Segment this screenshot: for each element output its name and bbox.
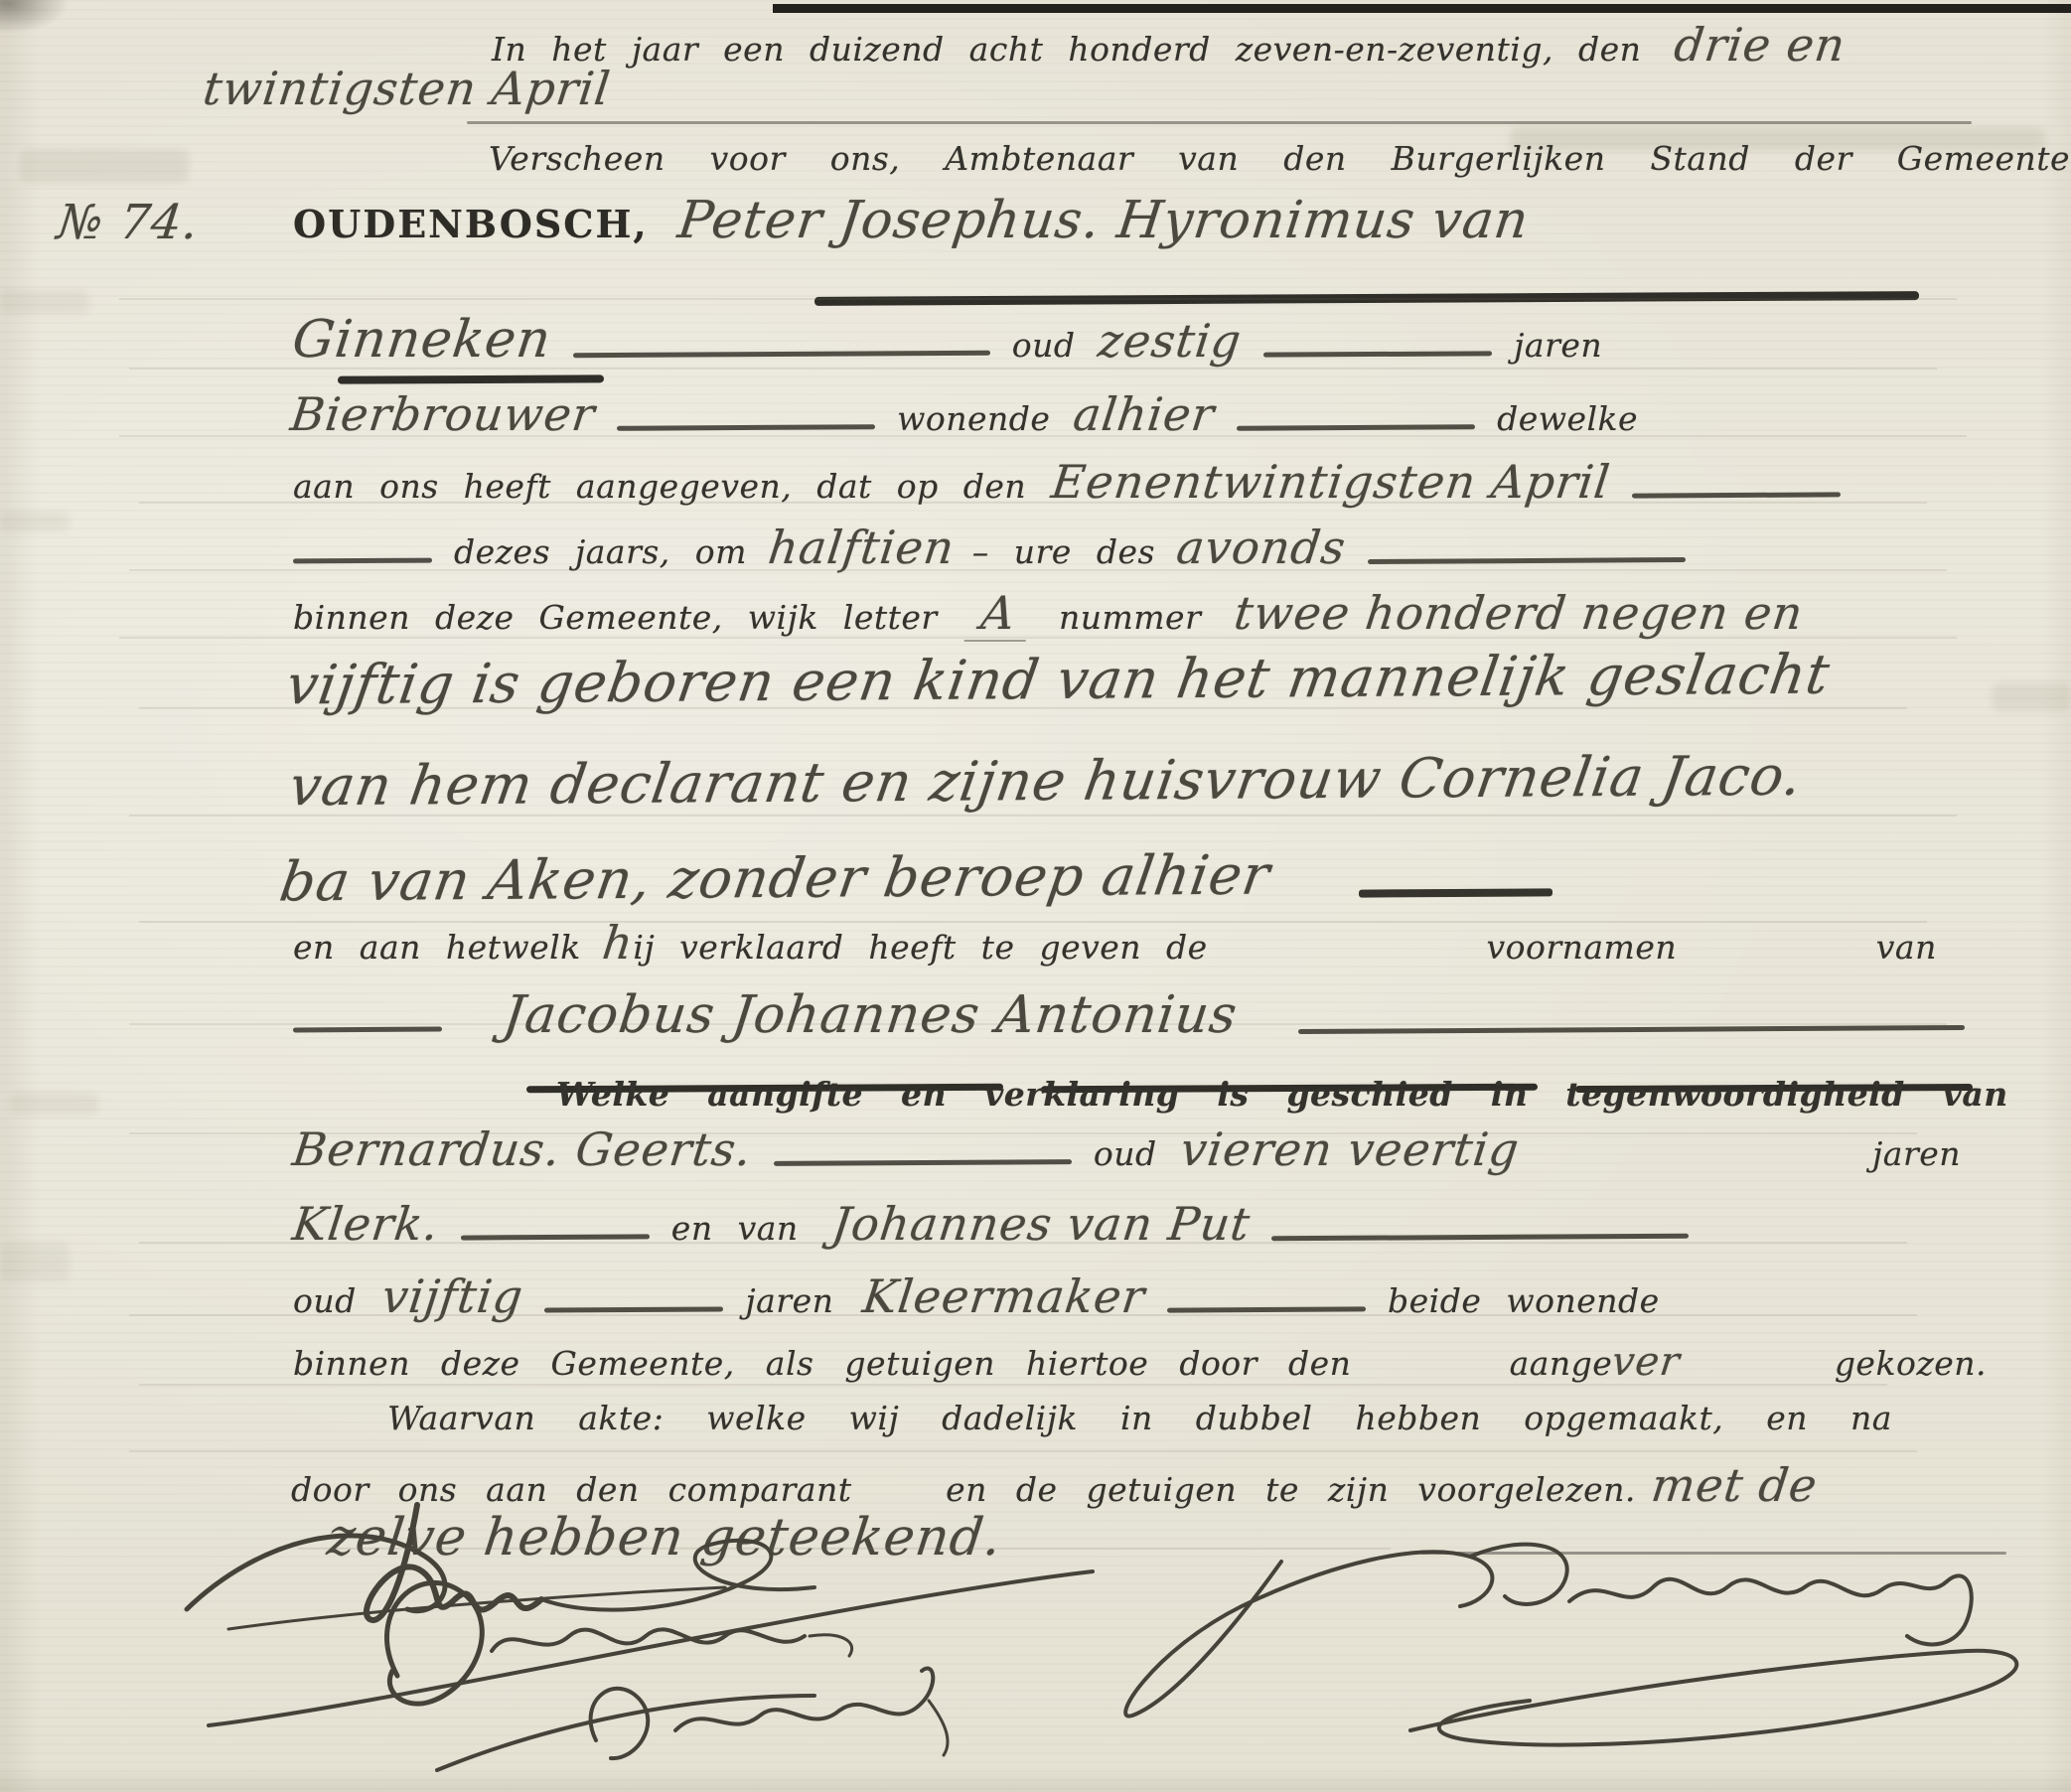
line-witness1: Bernardus. Geerts. oud vieren veertig ja… <box>293 1122 1987 1176</box>
spacer <box>1681 1374 1835 1375</box>
ink-filler-line <box>1368 557 1686 564</box>
corner-smudge <box>0 0 70 34</box>
ruled-guide-line <box>139 1384 1887 1386</box>
line-address: binnen deze Gemeente, wijk letter A numm… <box>293 586 1987 642</box>
witness1-age: vieren veertig <box>1177 1122 1522 1176</box>
printed-van: van <box>1876 928 1937 967</box>
handwritten-day-part2: twintigsten April <box>201 62 614 115</box>
ruled-guide-line <box>119 637 1957 639</box>
line-names-intro: en aan hetwelk h ij verklaard heeft te g… <box>293 916 1987 970</box>
handwritten-h: h <box>599 916 636 970</box>
line-declarant-occupation: Bierbrouwer wonende alhier dewelke <box>291 387 1990 441</box>
line-waarvan-akte: Waarvan akte: welke wij dadelijk in dubb… <box>387 1399 1992 1437</box>
district-letter: A <box>963 586 1032 642</box>
printed-wijk-letter: binnen deze Gemeente, wijk letter <box>293 598 938 637</box>
birth-time-period: avonds <box>1174 521 1349 574</box>
ink-filler-line <box>1632 492 1841 498</box>
spacer <box>1519 1164 1872 1165</box>
printed-hetwelk: en aan hetwelk <box>293 928 581 967</box>
ink-filler-line <box>774 1159 1072 1166</box>
ink-filler-line <box>573 351 990 359</box>
municipality-name: OUDENBOSCH, <box>293 202 649 246</box>
printed-gekozen: gekozen. <box>1835 1344 1987 1383</box>
printed-jaren-w1: jaren <box>1872 1134 1961 1173</box>
printed-welke-aangifte: Welke aangifte en verklaring is geschied… <box>556 1075 2008 1114</box>
declarant-age: zestig <box>1096 314 1245 368</box>
printed-dewelke: dewelke <box>1497 399 1638 438</box>
printed-waarvan-akte: Waarvan akte: welke wij dadelijk in dubb… <box>387 1399 1892 1437</box>
mother-name-part2: ba van Aken, zonder beroep alhier <box>276 843 1275 914</box>
printed-voornamen: voornamen <box>1486 928 1677 967</box>
ruled-guide-line <box>129 569 1947 571</box>
declarant-occupation: Bierbrouwer <box>288 387 599 441</box>
line-birth-statement: vijftig is geboren een kind van het mann… <box>288 648 1992 711</box>
ink-filler-line <box>293 1027 442 1033</box>
child-given-names: Jacobus Johannes Antonius <box>500 985 1241 1045</box>
line-date: twintigsten April <box>204 62 1977 115</box>
printed-aange: aange <box>1510 1344 1613 1383</box>
printed-appeared-text: Verscheen voor ons, Ambtenaar van den Bu… <box>489 139 2070 178</box>
ink-filler-line <box>1167 1306 1366 1312</box>
declarant-name-part2: Ginneken <box>289 310 554 370</box>
ink-filler-line <box>293 558 432 564</box>
ink-filler-heavy <box>338 374 604 383</box>
printed-oud: oud <box>1012 326 1076 365</box>
ruled-guide-line <box>129 1314 1917 1316</box>
line-witnesses-chosen: binnen deze Gemeente, als getuigen hiert… <box>293 1339 1987 1385</box>
printed-nummer: nummer <box>1059 598 1201 637</box>
witness1-name: Bernardus. Geerts. <box>290 1122 756 1176</box>
ink-filler-line <box>1263 351 1492 357</box>
ink-filler-heavy-line <box>1359 888 1553 897</box>
ruled-guide-line <box>129 815 1957 817</box>
handwritten-ver: ver <box>1610 1339 1684 1385</box>
ruled-guide-line <box>129 1023 1947 1025</box>
line-mother: ba van Aken, zonder beroep alhier <box>281 846 1574 910</box>
house-number-part1: twee honderd negen en <box>1232 586 1807 640</box>
ruled-guide-line <box>129 1132 1917 1134</box>
line-declaration-date: aan ons heeft aangegeven, dat op den Een… <box>293 455 1987 509</box>
ink-filler-line <box>1237 424 1475 430</box>
spacer <box>1208 958 1487 959</box>
printed-jaren: jaren <box>1514 326 1602 365</box>
ink-filler-line <box>461 1234 650 1240</box>
line-parents: van hem declarant en zijne huisvrouw Cor… <box>291 749 1992 813</box>
ruled-guide-line <box>129 1450 1917 1452</box>
printed-getuigen: binnen deze Gemeente, als getuigen hiert… <box>293 1344 1351 1383</box>
previous-act-divider <box>773 4 2071 13</box>
ruled-guide-line <box>129 368 1937 370</box>
mother-name-part1: van hem declarant en zijne huisvrouw Cor… <box>285 744 1807 819</box>
signature-witness-van-put <box>427 1641 1023 1790</box>
printed-oud-w1: oud <box>1094 1134 1157 1173</box>
printed-declared-text: aan ons heeft aangegeven, dat op den <box>293 467 1026 506</box>
ink-filler-line <box>617 424 875 431</box>
line-witness-intro: Welke aangifte en verklaring is geschied… <box>556 1075 1994 1114</box>
birth-statement-handwritten: vijftig is geboren een kind van het mann… <box>282 643 1834 717</box>
printed-dezes-jaars: dezes jaars, om <box>454 532 747 571</box>
line-child-names: Jacobus Johannes Antonius <box>293 985 1987 1045</box>
act-number: № 74. <box>55 195 203 250</box>
ink-filler-line <box>544 1306 723 1312</box>
spacer <box>1351 1374 1509 1375</box>
document-page: { "colors": { "paper": "#e9e6da", "ink_p… <box>0 0 2071 1792</box>
birth-time: halftien <box>766 521 958 574</box>
ruled-guide-line <box>139 707 1907 709</box>
line-municipality-declarant: OUDENBOSCH, Peter Josephus. Hyronimus va… <box>293 191 1942 250</box>
ruled-guide-line <box>139 921 1927 923</box>
ink-filler-line <box>1271 1234 1689 1242</box>
ruled-guide-line <box>139 1242 1907 1244</box>
printed-wonende: wonende <box>897 399 1050 438</box>
declarant-residence: alhier <box>1071 387 1218 441</box>
line-birth-time: dezes jaars, om halftien – ure des avond… <box>293 521 1987 574</box>
ruled-guide-line <box>119 298 1957 300</box>
signature-registrar <box>1112 1502 2066 1785</box>
spacer <box>1677 958 1876 959</box>
ruled-guide-line <box>139 502 1927 504</box>
printed-ure-des: – ure des <box>972 532 1155 571</box>
declarant-name-part1: Peter Josephus. Hyronimus van <box>674 191 1532 250</box>
line-declarant-age: Ginneken oud zestig jaren <box>293 310 1987 370</box>
blank-rule <box>467 121 1972 124</box>
printed-verklaard: ij verklaard heeft te geven de <box>633 928 1207 967</box>
ruled-guide-line <box>298 1548 1391 1550</box>
birth-date: Eenentwintigsten April <box>1049 455 1613 509</box>
line-appeared: Verscheen voor ons, Ambtenaar van den Bu… <box>489 139 1997 178</box>
ink-filler-line <box>1298 1025 1965 1034</box>
ruled-guide-line <box>119 435 1967 437</box>
